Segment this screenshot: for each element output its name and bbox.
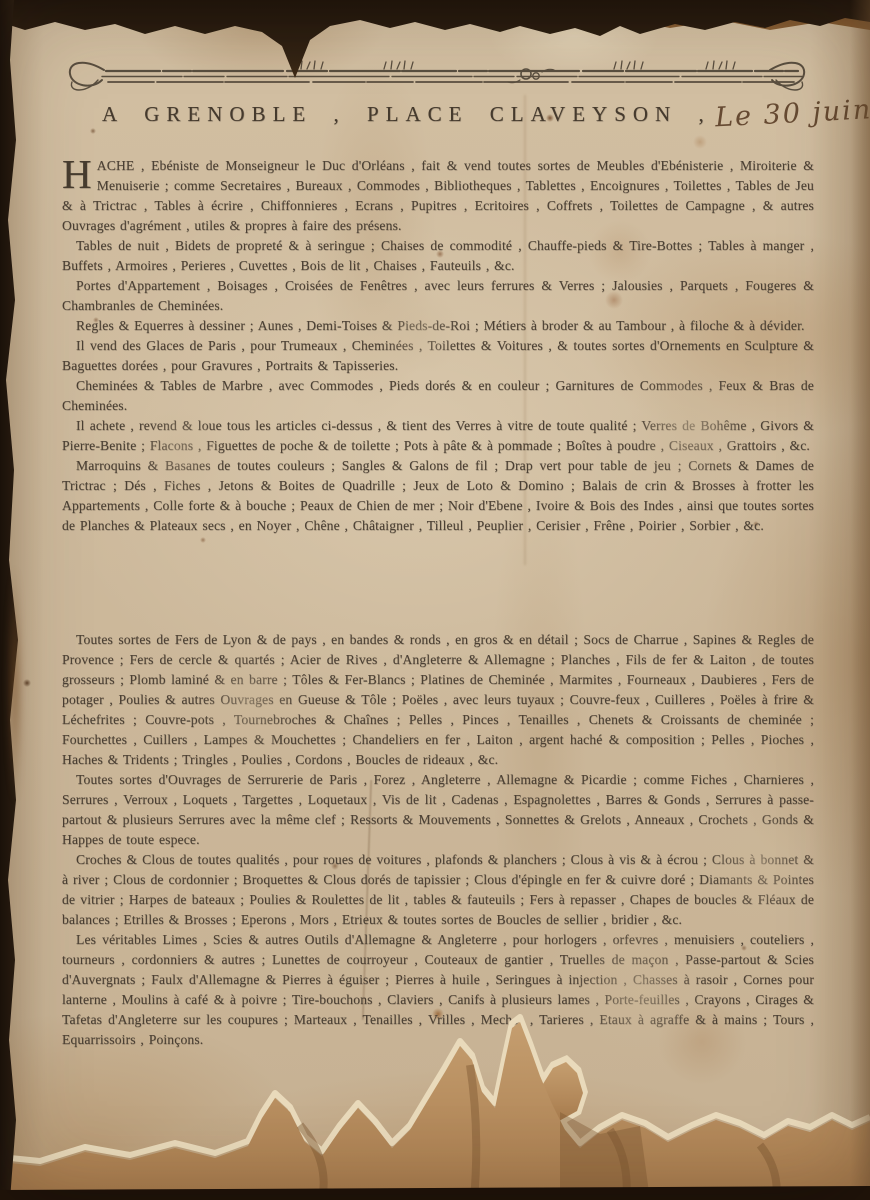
paragraph: Marroquins & Basanes de toutes couleurs … bbox=[62, 456, 814, 536]
drop-cap: H bbox=[62, 156, 97, 191]
paragraph: Tables de nuit , Bidets de propreté & à … bbox=[62, 236, 814, 276]
document-header: A GRENOBLE , PLACE CLAVEYSON , Le 30 jui… bbox=[60, 102, 816, 127]
paragraph: Regles & Equerres à dessiner ; Aunes , D… bbox=[62, 316, 814, 336]
paragraph-lead: HACHE , Ebéniste de Monseigneur le Duc d… bbox=[62, 156, 814, 236]
ornamental-rule bbox=[58, 50, 814, 96]
paragraph-text: ACHE , Ebéniste de Monseigneur le Duc d'… bbox=[62, 158, 814, 233]
section-furniture-goods: HACHE , Ebéniste de Monseigneur le Duc d… bbox=[62, 156, 814, 536]
page-title: A GRENOBLE , PLACE CLAVEYSON , bbox=[102, 102, 711, 127]
document-paper: A GRENOBLE , PLACE CLAVEYSON , Le 30 jui… bbox=[0, 0, 870, 1200]
paragraph: Il vend des Glaces de Paris , pour Trume… bbox=[62, 336, 814, 376]
section-hardware-goods: Toutes sortes de Fers de Lyon & de pays … bbox=[62, 630, 814, 1050]
paragraph: Cheminées & Tables de Marbre , avec Comm… bbox=[62, 376, 814, 416]
paragraph: Croches & Clous de toutes qualités , pou… bbox=[62, 850, 814, 930]
paragraph: Les véritables Limes , Scies & autres Ou… bbox=[62, 930, 814, 1050]
framed-antique-document: A GRENOBLE , PLACE CLAVEYSON , Le 30 jui… bbox=[0, 0, 870, 1200]
paragraph: Toutes sortes de Fers de Lyon & de pays … bbox=[62, 630, 814, 770]
handwritten-date: Le 30 juin 1785 bbox=[714, 90, 870, 134]
paragraph: Portes d'Appartement , Boisages , Croisé… bbox=[62, 276, 814, 316]
paragraph: Il achete , revend & loue tous les artic… bbox=[62, 416, 814, 456]
paragraph: Toutes sortes d'Ouvrages de Serrurerie d… bbox=[62, 770, 814, 850]
